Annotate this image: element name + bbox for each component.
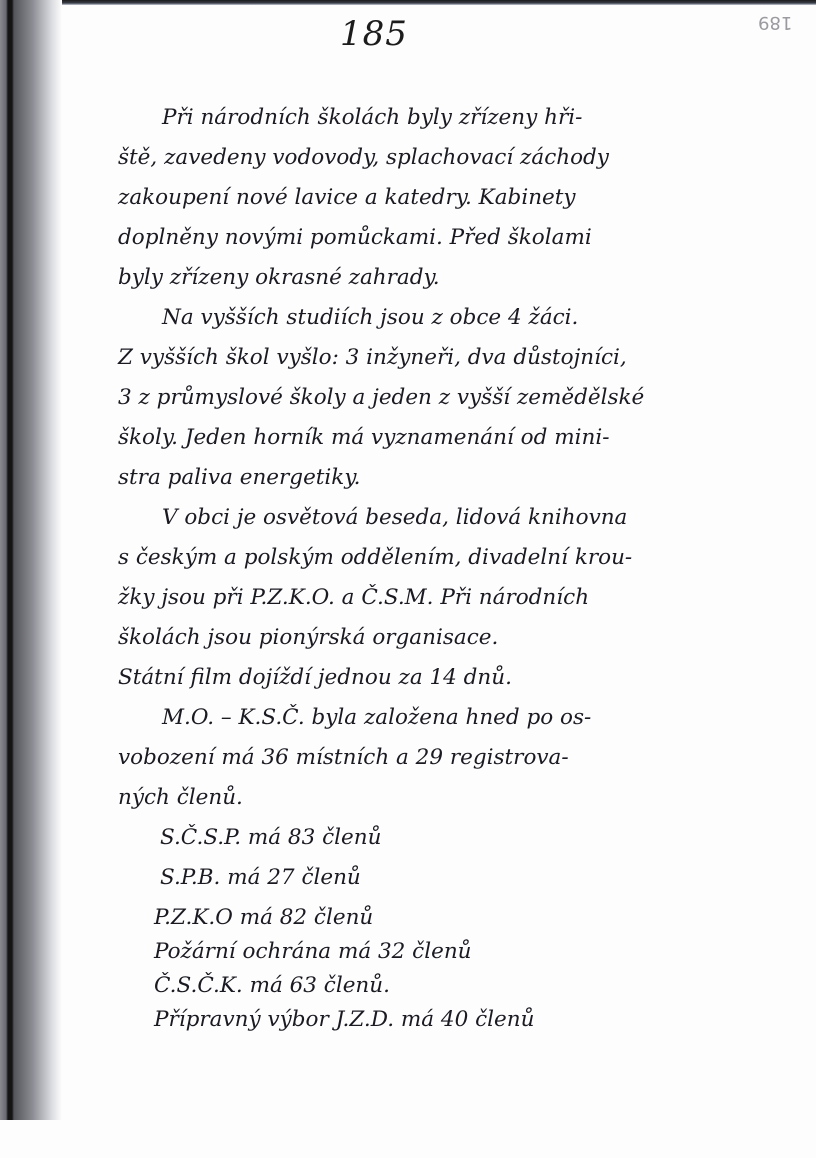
- list-item: Přípravný výbor J.Z.D. má 40 členů: [118, 1000, 688, 1034]
- text-line: 3 z průmyslové školy a jeden z vyšší zem…: [118, 378, 688, 418]
- text-line: Při národních školách byly zřízeny hři-: [118, 98, 688, 138]
- list-item: S.Č.S.P. má 83 členů: [118, 818, 688, 858]
- text-line: vobození má 36 místních a 29 registrova-: [118, 738, 688, 778]
- text-line: doplněny novými pomůckami. Před školami: [118, 218, 688, 258]
- text-line: Z vyšších škol vyšlo: 3 inžyneři, dva dů…: [118, 338, 688, 378]
- text-line: byly zřízeny okrasné zahrady.: [118, 258, 688, 298]
- archive-stamp-number: 189: [758, 12, 792, 33]
- list-item: S.P.B. má 27 členů: [118, 858, 688, 898]
- text-line: Státní film dojíždí jednou za 14 dnů.: [118, 658, 688, 698]
- text-line: s českým a polským oddělením, divadelní …: [118, 538, 688, 578]
- scan-top-edge: [0, 0, 816, 5]
- scanned-page: 185 189 Při národních školách byly zříze…: [0, 0, 816, 1158]
- binding-shadow: [0, 0, 62, 1120]
- paragraph-higher-studies: Na vyšších studiích jsou z obce 4 žáci. …: [118, 298, 688, 498]
- list-item: Č.S.Č.K. má 63 členů.: [118, 966, 688, 1000]
- handwritten-text: Při národních školách byly zřízeny hři- …: [118, 98, 688, 1034]
- text-line: M.O. – K.S.Č. byla založena hned po os-: [118, 698, 688, 738]
- list-item: P.Z.K.O má 82 členů: [118, 898, 688, 932]
- page-number: 185: [340, 14, 408, 54]
- paragraph-schools: Při národních školách byly zřízeny hři- …: [118, 98, 688, 298]
- paragraph-culture: V obci je osvětová beseda, lidová knihov…: [118, 498, 688, 698]
- text-line: školách jsou pionýrská organisace.: [118, 618, 688, 658]
- text-line: V obci je osvětová beseda, lidová knihov…: [118, 498, 688, 538]
- text-line: Na vyšších studiích jsou z obce 4 žáci.: [118, 298, 688, 338]
- text-line: školy. Jeden horník má vyznamenání od mi…: [118, 418, 688, 458]
- text-line: stra paliva energetiky.: [118, 458, 688, 498]
- paragraph-party: M.O. – K.S.Č. byla založena hned po os- …: [118, 698, 688, 818]
- organization-member-list: S.Č.S.P. má 83 členů S.P.B. má 27 členů …: [118, 818, 688, 1034]
- text-line: ných členů.: [118, 778, 688, 818]
- text-line: žky jsou při P.Z.K.O. a Č.S.M. Při národ…: [118, 578, 688, 618]
- binding-shadow-fade: [0, 1120, 62, 1158]
- text-line: ště, zavedeny vodovody, splachovací zách…: [118, 138, 688, 178]
- list-item: Požární ochrána má 32 členů: [118, 932, 688, 966]
- text-line: zakoupení nové lavice a katedry. Kabinet…: [118, 178, 688, 218]
